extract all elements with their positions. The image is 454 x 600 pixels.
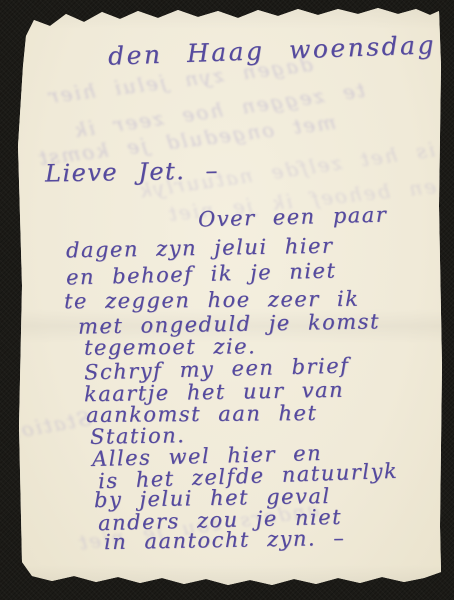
letter-line: Over een paar — [198, 203, 388, 232]
letter-line: te zeggen hoe zeer ik — [64, 287, 360, 314]
letter-paper: dagen zyn jelui hier te zeggen hoe zeer … — [16, 6, 442, 588]
letter-line: in aantocht zyn. – — [104, 526, 346, 554]
salutation: Lieve Jet. – — [45, 156, 219, 187]
photo-background: dagen zyn jelui hier te zeggen hoe zeer … — [0, 0, 454, 600]
letter-line: aankomst aan het — [86, 401, 318, 427]
dateline: den Haag woensdag — [108, 30, 437, 70]
letter-line: en behoef ik je niet — [66, 258, 337, 289]
bleedthrough-line: Station. — [16, 406, 93, 446]
letter-line: dagen zyn jelui hier — [66, 234, 334, 263]
bleedthrough-line: te zeggen hoe zeer ik — [71, 78, 367, 143]
